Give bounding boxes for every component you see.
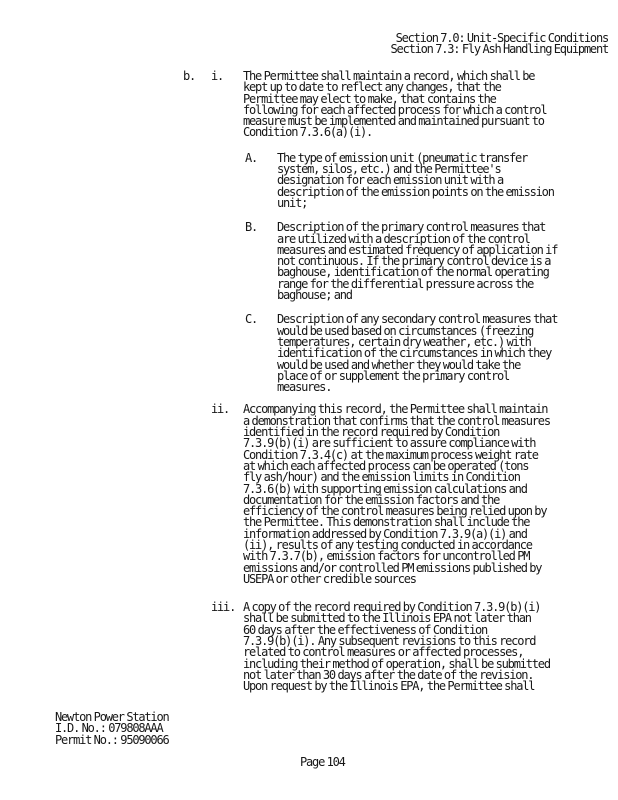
document-body: b. i. The Permittee shall maintain a rec… [183, 71, 603, 693]
page-number: Page 104 [300, 757, 345, 768]
clause-a-marker: A. [245, 153, 277, 209]
clause-a-text: The type of emission unit (pneumatic tra… [277, 153, 577, 209]
subitem-i-marker: i. [211, 71, 243, 82]
clause-b-marker: B. [245, 222, 277, 301]
subitem-iii-paragraph: A copy of the record required by Conditi… [243, 602, 583, 692]
subitem-ii-paragraph: Accompanying this record, the Permittee … [243, 404, 583, 585]
clause-b-text: Description of the primary control measu… [277, 222, 577, 301]
document-footer: Newton Power Station I.D. No.: 079808AAA… [55, 712, 169, 746]
document-page: { "page": { "header": { "line1": "Sectio… [0, 0, 618, 800]
clause-c-text: Description of any secondary control mea… [277, 314, 577, 393]
section-header-line-2: Section 7.3: Fly Ash Handling Equipment [391, 44, 608, 55]
subitem-ii: ii. Accompanying this record, the Permit… [183, 404, 603, 585]
subitem-iii-marker: iii. [211, 602, 243, 613]
subitem-iii: iii. A copy of the record required by Co… [183, 602, 603, 692]
section-header: Section 7.0: Unit-Specific Conditions Se… [391, 33, 608, 56]
footer-permit-number: Permit No.: 95090066 [55, 735, 169, 746]
clause-c: C. Description of any secondary control … [245, 314, 583, 393]
subitem-i-body: The Permittee shall maintain a record, w… [243, 71, 583, 393]
clause-a: A. The type of emission unit (pneumatic … [245, 153, 583, 209]
item-b-marker: b. [183, 71, 211, 82]
item-b: b. i. The Permittee shall maintain a rec… [183, 71, 603, 393]
clause-b: B. Description of the primary control me… [245, 222, 583, 301]
clause-c-marker: C. [245, 314, 277, 393]
subitem-i-paragraph: The Permittee shall maintain a record, w… [243, 71, 583, 139]
subitem-ii-marker: ii. [211, 404, 243, 415]
